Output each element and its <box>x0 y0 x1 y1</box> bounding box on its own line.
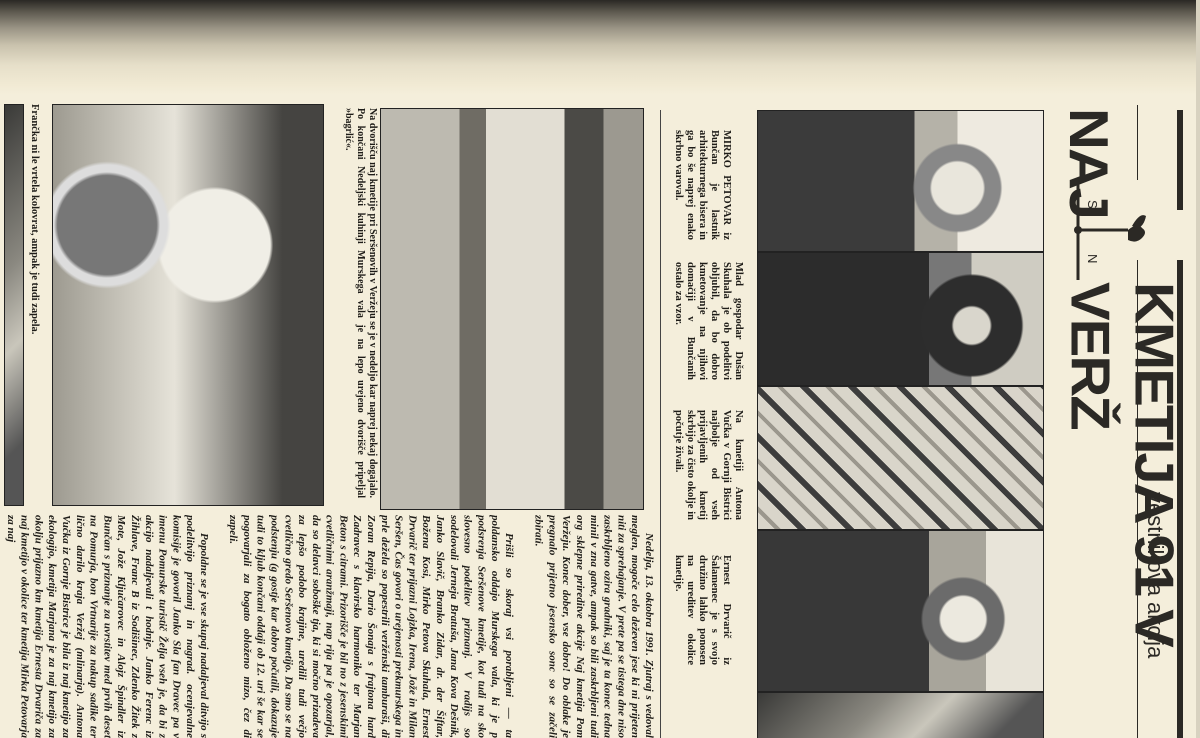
scanner-shadow-band <box>0 0 1200 95</box>
caption-skuhala: Mlad gospodar Dušan Skuhala je ob podeli… <box>672 262 744 380</box>
svg-text:N: N <box>1085 254 1100 263</box>
article-paragraph-1: Nedelja, 13. oktobra 1991. Zjutraj s ved… <box>520 515 655 738</box>
portrait-drvaric <box>757 530 1044 692</box>
caption-drvaric: Ernest Drvarič iz Šalamenec je s svojo d… <box>672 555 732 665</box>
headline-main: KMETIJA 91 V VERŽ <box>1058 282 1185 738</box>
portrait-partial <box>757 692 1044 738</box>
photo-farmyard <box>380 108 644 510</box>
header-rule-thin <box>1137 105 1138 180</box>
portrait-petovar <box>757 110 1044 252</box>
portrait-vucko <box>757 386 1044 530</box>
caption-farmyard: Na dvorišču naj kmetije pri Seršenovih v… <box>330 108 378 498</box>
svg-text:S: S <box>1085 200 1100 209</box>
portrait-skuhala <box>757 252 1044 386</box>
header-rule-right <box>1177 110 1183 210</box>
caption-petovar: MIRKO PETOVAR iz Bunčan je lastnik arhit… <box>672 130 732 240</box>
page-edge <box>1196 0 1200 738</box>
photo-partial-left <box>4 104 24 506</box>
photo-spinning-wheel <box>52 104 324 506</box>
article-paragraph-3: Popoldne se je vse skupaj nadaljeval dit… <box>0 515 210 738</box>
caption-francka: Frančka ni le vrtela kolovrat, ampak je … <box>28 104 40 364</box>
weathervane-icon: S N <box>1048 180 1148 280</box>
article-paragraph-2: Prišli so skoraj vsi porabljeni — ta pol… <box>215 515 515 738</box>
caption-box-border <box>660 110 661 738</box>
caption-vucko: Na kmetiji Antona Vučka v Gornji Bistric… <box>672 410 744 520</box>
